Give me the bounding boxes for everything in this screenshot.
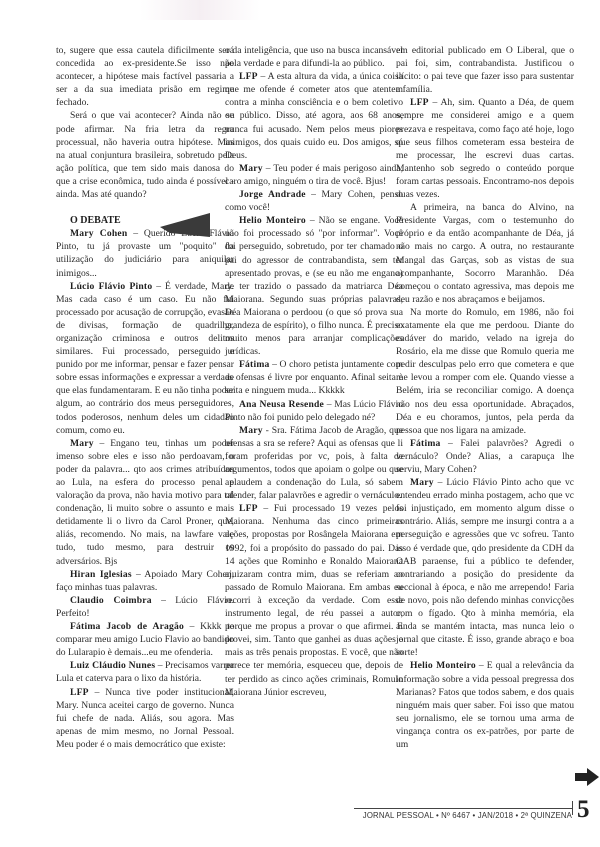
comment: Hiran Iglesias – Apoiado Mary Cohen, faç… — [56, 568, 234, 594]
comment: Helio Monteiro – Não se engane. Você não… — [225, 214, 403, 358]
scan-smudge — [140, 0, 260, 20]
page-number: 5 — [577, 796, 590, 824]
paragraph: em editorial publicado em O Liberal, que… — [396, 44, 574, 96]
speaker-name: Claudio Coimbra — [70, 595, 152, 606]
speaker-name: Helio Monteiro — [410, 660, 476, 671]
column-3: em editorial publicado em O Liberal, que… — [396, 44, 574, 751]
speaker-name: Fátima — [410, 438, 441, 449]
comment-text: – Não se engane. Você não foi processado… — [225, 215, 403, 357]
paragraph: Será o que vai acontecer? Ainda não se p… — [56, 109, 234, 201]
speaker-name: Mary — [70, 438, 94, 449]
comment: Jorge Andrade – Mary Cohen, penso como v… — [225, 188, 403, 214]
speaker-name: Fátima — [239, 359, 270, 370]
comment: Mary – Lúcio Flávio Pinto acho que vc en… — [396, 476, 574, 659]
comment-text: – Lúcio Flávio Pinto acho que vc entende… — [396, 477, 574, 658]
comment-text: – E qual a relevância da informação sobr… — [396, 660, 574, 750]
comment: Fátima – O choro petista juntamente com … — [225, 358, 403, 397]
publication-footer: JORNAL PESSOAL • Nº 6467 • JAN/2018 • 2ª… — [354, 811, 572, 820]
comment: LFP – Ah, sim. Quanto a Déa, de quem sem… — [396, 96, 574, 201]
speaker-name: Lúcio Flávio Pinto — [70, 281, 152, 292]
speaker-name: Luiz Cláudio Nunes — [70, 660, 155, 671]
speaker-name: Mary Cohen — [70, 228, 127, 239]
comment: Lúcio Flávio Pinto – É verdade, Mary. Ma… — [56, 280, 234, 437]
comment: LFP – Fui processado 19 vezes pelos Maio… — [225, 502, 403, 698]
paragraph: A primeira, na banca do Alvino, na Presi… — [396, 201, 574, 306]
speaker-name: Mary — [239, 163, 263, 174]
speaker-name: Helio Monteiro — [239, 215, 306, 226]
comment: LFP – Nunca tive poder institucional, Ma… — [56, 686, 234, 751]
speaker-name: LFP — [239, 71, 258, 82]
speaker-name: LFP — [239, 503, 258, 514]
comment: Claudio Coimbra – Lúcio Flávio. Perfeito… — [56, 594, 234, 620]
paragraph: to, sugere que essa cautela dificilmente… — [56, 44, 234, 109]
comment-text: – É verdade, Mary. Mas cada caso é um ca… — [56, 281, 234, 436]
comment: LFP – A esta altura da vida, a única coi… — [225, 70, 403, 162]
speaker-name: Hiran Iglesias — [70, 569, 132, 580]
comment-text: - Sra. Fátima Jacob de Aragão, que ofens… — [225, 425, 403, 501]
arrow-right-icon — [575, 768, 599, 786]
speaker-name: Fátima Jacob de Aragão — [70, 621, 184, 632]
comment-text: – Ah, sim. Quanto a Déa, de quem sempre … — [396, 97, 574, 200]
comment-text: – A esta altura da vida, a única coisa q… — [225, 71, 403, 161]
speaker-name: Mary — [410, 477, 434, 488]
comment: Fátima – Falei palavrões? Agredi o verná… — [396, 437, 574, 476]
speaker-name: Jorge Andrade — [239, 189, 306, 200]
paragraph: Na morte do Romulo, em 1986, não foi exa… — [396, 306, 574, 437]
column-2: o da inteligência, que uso na busca inca… — [225, 44, 403, 699]
speaker-name: LFP — [70, 687, 89, 698]
comment: Helio Monteiro – E qual a relevância da … — [396, 659, 574, 751]
comment: Mary - Sra. Fátima Jacob de Aragão, que … — [225, 424, 403, 503]
comment: Mary – Teu poder é mais perigoso ainda, … — [225, 162, 403, 188]
footer-divider — [572, 801, 573, 815]
paragraph: o da inteligência, que uso na busca inca… — [225, 44, 403, 70]
column-1: to, sugere que essa cautela dificilmente… — [56, 44, 234, 751]
speaker-name: Ana Neusa Resende — [239, 399, 324, 410]
comment-text: – Fui processado 19 vezes pelos Maiorana… — [225, 503, 403, 697]
comment: Fátima Jacob de Aragão – Kkkk te compara… — [56, 620, 234, 659]
comment-text: – Engano teu, tinhas um poder imenso sob… — [56, 438, 234, 567]
comment: Luiz Cláudio Nunes – Precisamos varrer L… — [56, 659, 234, 685]
wedge-graphic-icon — [160, 213, 210, 241]
speaker-name: LFP — [410, 97, 429, 108]
footer-rule — [354, 808, 572, 809]
comment: Mary – Engano teu, tinhas um poder imens… — [56, 437, 234, 568]
comment: Ana Neusa Resende – Mas Lúcio Flávio Pin… — [225, 398, 403, 424]
speaker-name: Mary — [239, 425, 263, 436]
